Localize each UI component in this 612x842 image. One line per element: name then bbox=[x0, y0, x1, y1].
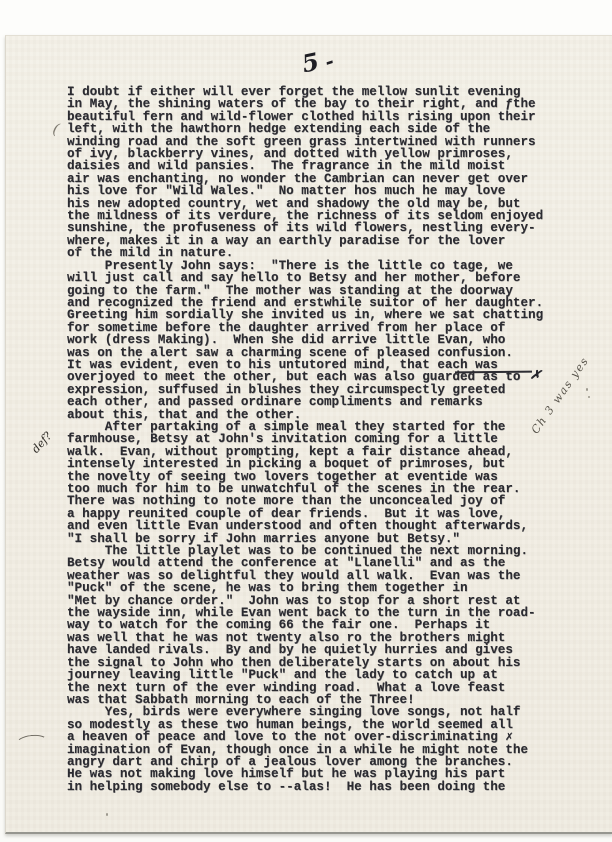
typewritten-body-text: I doubt if either will ever forget the m… bbox=[67, 86, 567, 793]
scan-speck bbox=[588, 396, 590, 398]
handwritten-page-number-dash: - bbox=[321, 48, 336, 73]
scan-speck bbox=[586, 388, 588, 391]
left-margin-handwritten-note: def? bbox=[29, 429, 54, 455]
handwritten-paren-mark: ( bbox=[51, 120, 61, 139]
scan-speck bbox=[76, 248, 78, 250]
handwritten-x-mark: ✗ bbox=[529, 367, 542, 383]
handwritten-page-number: 5 bbox=[299, 47, 321, 79]
handwritten-arc-mark bbox=[15, 733, 48, 751]
scanned-paper-sheet: 5 - I doubt if either will ever forget t… bbox=[5, 35, 612, 834]
scan-speck bbox=[106, 813, 108, 816]
scan-background: { "document": { "page_number": "5", "pag… bbox=[0, 0, 612, 842]
